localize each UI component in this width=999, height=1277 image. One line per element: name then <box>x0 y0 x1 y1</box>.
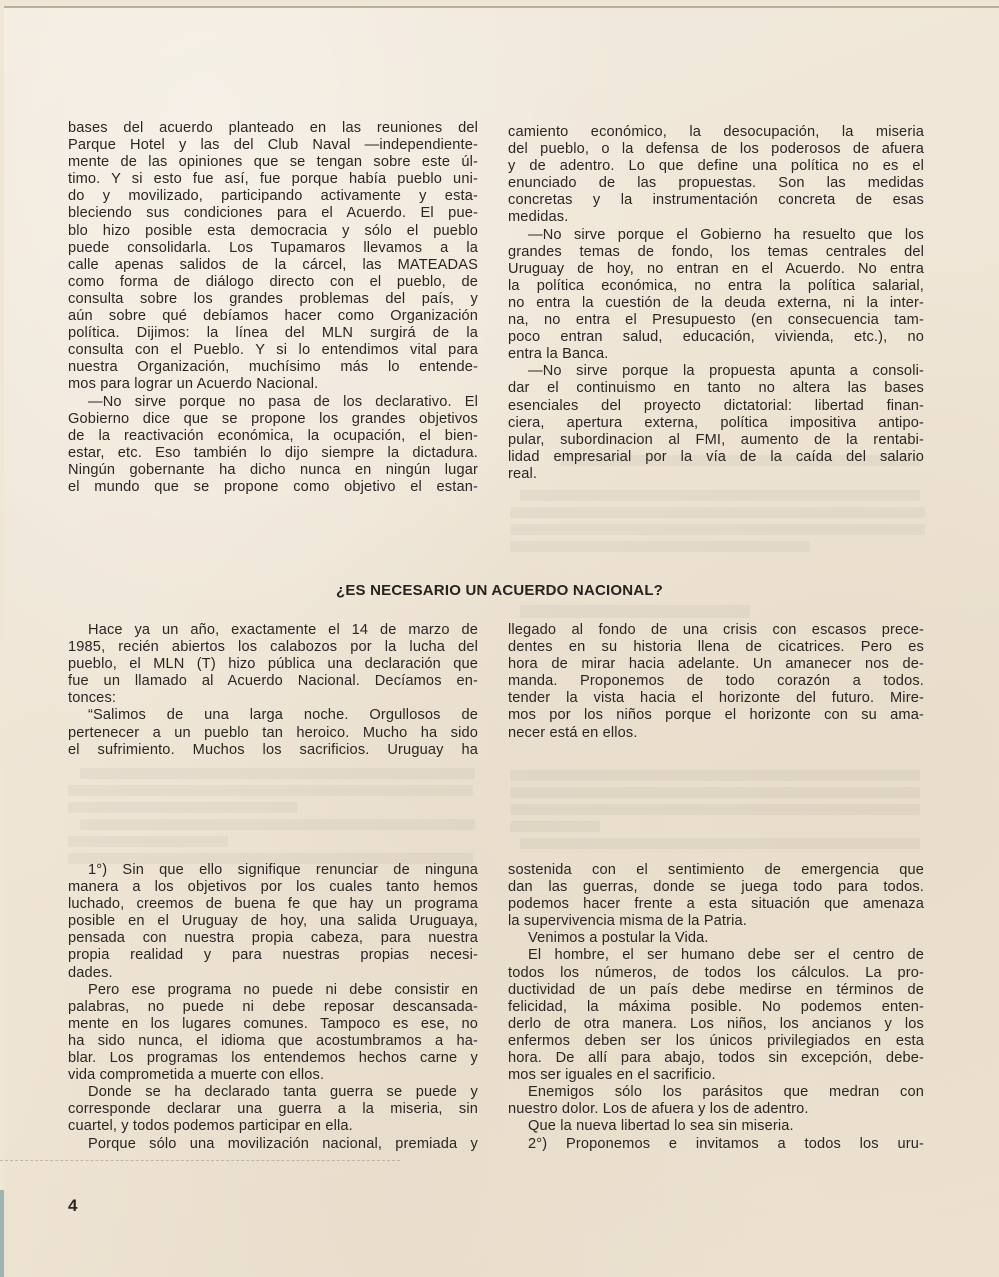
text-line: Porque sólo una movilización nacional, p… <box>68 1136 478 1153</box>
text-line: la política económica, no entra la polít… <box>508 278 924 295</box>
text-line: El hombre, el ser humano debe ser el cen… <box>508 947 924 964</box>
text-line: —No sirve porque la propuesta apunta a c… <box>508 363 924 380</box>
text-line: consulta sobre los grandes problemas del… <box>68 291 478 308</box>
text-line: do y movilizado, participando activament… <box>68 188 478 205</box>
text-line: blar. Los programas los entendemos hecho… <box>68 1050 478 1067</box>
text-line: grandes temas de fondo, los temas centra… <box>508 244 924 261</box>
text-line: podemos hacer frente a esta situación qu… <box>508 896 924 913</box>
text-line: medidas. <box>508 209 924 226</box>
text-line: como forma de diálogo directo con el pue… <box>68 274 478 291</box>
text-line: lidad empresarial por la vía de la caída… <box>508 449 924 466</box>
text-line: Gobierno dice que se propone los grandes… <box>68 411 478 428</box>
text-line: real. <box>508 466 924 483</box>
text-line: ha sido nunca, el idioma que acostumbram… <box>68 1033 478 1050</box>
show-through-mark <box>510 804 920 815</box>
text-line: del pueblo, o la defensa de los poderoso… <box>508 141 924 158</box>
text-line: mente en los lugares comunes. Tampoco es… <box>68 1016 478 1033</box>
text-line: estar, etc. Eso también lo dijo siempre … <box>68 445 478 462</box>
text-line: bases del acuerdo planteado en las reuni… <box>68 120 478 137</box>
text-line: tonces: <box>68 690 478 707</box>
text-line: mos por los niños porque el horizonte co… <box>508 707 924 724</box>
text-line: consulta con el Pueblo. Y si lo entendim… <box>68 342 478 359</box>
text-line: posible en el Uruguay de hoy, una salida… <box>68 913 478 930</box>
page-edge-strip <box>0 1190 4 1277</box>
text-line: no entra la cuestión de la deuda externa… <box>508 295 924 312</box>
show-through-mark <box>68 836 228 847</box>
show-through-mark <box>510 821 600 832</box>
text-line: 1985, recién abiertos los calabozos por … <box>68 639 478 656</box>
column-bottom-left: 1°) Sin que ello signifique renunciar de… <box>68 862 478 1153</box>
text-line: enfermos deben ser los únicos privilegia… <box>508 1033 924 1050</box>
text-line: 2°) Proponemos e invitamos a todos los u… <box>508 1136 924 1153</box>
text-line: Pero ese programa no puede ni debe consi… <box>68 982 478 999</box>
text-line: “Salimos de una larga noche. Orgullosos … <box>68 707 478 724</box>
text-line: ductividad de un país debe medirse en té… <box>508 982 924 999</box>
text-line: pueblo, el MLN (T) hizo pública una decl… <box>68 656 478 673</box>
text-line: bleciendo sus condiciones para el Acuerd… <box>68 205 478 222</box>
text-line: política. Dijimos: la línea del MLN surg… <box>68 325 478 342</box>
text-line: cuartel, y todos podemos participar en e… <box>68 1118 478 1135</box>
text-line: propia realidad y para nuestras propias … <box>68 947 478 964</box>
text-line: pular, subordinacion al FMI, aumento de … <box>508 432 924 449</box>
page-number: 4 <box>68 1196 77 1216</box>
text-line: hora. De allí para abajo, todos sin exce… <box>508 1050 924 1067</box>
text-line: y de adentro. Lo que define una política… <box>508 158 924 175</box>
text-line: palabras, no puede ni debe reposar desca… <box>68 999 478 1016</box>
text-line: camiento económico, la desocupación, la … <box>508 124 924 141</box>
text-line: mos para lograr un Acuerdo Nacional. <box>68 376 478 393</box>
text-line: 1°) Sin que ello signifique renunciar de… <box>68 862 478 879</box>
text-line: Enemigos sólo los parásitos que medran c… <box>508 1084 924 1101</box>
show-through-mark <box>68 802 298 813</box>
text-line: felicidad, la máxima posible. No podemos… <box>508 999 924 1016</box>
show-through-mark <box>510 787 920 798</box>
text-line: necer está en ellos. <box>508 725 924 742</box>
fold-crease <box>0 1160 400 1161</box>
column-top-left: bases del acuerdo planteado en las reuni… <box>68 120 478 496</box>
text-line: pensada con nuestra propia cabeza, para … <box>68 930 478 947</box>
column-mid-right: llegado al fondo de una crisis con escas… <box>508 622 924 742</box>
text-line: mente de las opiniones que se tengan sob… <box>68 154 478 171</box>
text-line: el mundo que se propone como objetivo el… <box>68 479 478 496</box>
show-through-mark <box>520 490 920 501</box>
text-line: entra la Banca. <box>508 346 924 363</box>
text-line: Uruguay de hoy, no entran en el Acuerdo.… <box>508 261 924 278</box>
text-line: enunciado de las propuestas. Son las med… <box>508 175 924 192</box>
column-mid-left: Hace ya un año, exactamente el 14 de mar… <box>68 622 478 759</box>
text-line: tender la vista hacia el horizonte del f… <box>508 690 924 707</box>
text-line: mos ser iguales en el sacrificio. <box>508 1067 924 1084</box>
text-line: Ningún gobernante ha dicho nunca en ning… <box>68 462 478 479</box>
text-line: poco entran salud, educación, vivienda, … <box>508 329 924 346</box>
text-line: vida comprometida a muerte con ellos. <box>68 1067 478 1084</box>
text-line: sostenida con el sentimiento de emergenc… <box>508 862 924 879</box>
text-line: derlo de otra manera. Los niños, los anc… <box>508 1016 924 1033</box>
text-line: manda. Proponemos de todo corazón a todo… <box>508 673 924 690</box>
text-line: esenciales del proyecto dictatorial: lib… <box>508 398 924 415</box>
show-through-mark <box>510 507 925 518</box>
text-line: dar el continuismo en tanto no altera la… <box>508 380 924 397</box>
text-line: nuestro dolor. Los de afuera y los de ad… <box>508 1101 924 1118</box>
text-line: llegado al fondo de una crisis con escas… <box>508 622 924 639</box>
text-line: corresponde declarar una guerra a la mis… <box>68 1101 478 1118</box>
text-line: —No sirve porque no pasa de los declarat… <box>68 394 478 411</box>
column-bottom-right: sostenida con el sentimiento de emergenc… <box>508 862 924 1153</box>
text-line: hora de mirar hacia adelante. Un amanece… <box>508 656 924 673</box>
show-through-mark <box>80 819 475 830</box>
text-line: timo. Y si esto fue así, fue porque habí… <box>68 171 478 188</box>
text-line: dades. <box>68 965 478 982</box>
text-line: pertenecer a un pueblo tan heroico. Much… <box>68 725 478 742</box>
show-through-mark <box>520 605 750 618</box>
text-line: nuestra Organización, muchísimo más lo e… <box>68 359 478 376</box>
text-line: Donde se ha declarado tanta guerra se pu… <box>68 1084 478 1101</box>
text-line: el sufrimiento. Muchos los sacrificios. … <box>68 742 478 759</box>
text-line: Que la nueva libertad lo sea sin miseria… <box>508 1118 924 1135</box>
show-through-mark <box>510 770 920 781</box>
text-line: Venimos a postular la Vida. <box>508 930 924 947</box>
text-line: Hace ya un año, exactamente el 14 de mar… <box>68 622 478 639</box>
text-line: na, no entra el Presupuesto (en consecue… <box>508 312 924 329</box>
text-line: —No sirve porque el Gobierno ha resuelto… <box>508 227 924 244</box>
text-line: luchado, creemos de buena fe que hay un … <box>68 896 478 913</box>
column-top-right: camiento económico, la desocupación, la … <box>508 124 924 483</box>
text-line: manera a los objetivos por los cuales ta… <box>68 879 478 896</box>
section-heading: ¿ES NECESARIO UN ACUERDO NACIONAL? <box>0 582 999 599</box>
text-line: ciera, apertura externa, política imposi… <box>508 415 924 432</box>
text-line: concretas y la instrumentación concreta … <box>508 192 924 209</box>
show-through-mark <box>68 785 473 796</box>
text-line: puede consolidarla. Los Tupamaros llevam… <box>68 240 478 257</box>
show-through-mark <box>510 524 925 535</box>
text-line: de la reactivación económica, la ocupaci… <box>68 428 478 445</box>
text-line: fue un llamado al Acuerdo Nacional. Decí… <box>68 673 478 690</box>
show-through-mark <box>520 838 920 849</box>
text-line: dan las guerras, donde se juega todo par… <box>508 879 924 896</box>
show-through-mark <box>510 541 810 552</box>
text-line: la supervivencia misma de la Patria. <box>508 913 924 930</box>
text-line: calle apenas salidos de la cárcel, las M… <box>68 257 478 274</box>
show-through-mark <box>80 768 475 779</box>
text-line: dentes en su historia llena de cicatrice… <box>508 639 924 656</box>
text-line: todos los números, de todos los cálculos… <box>508 965 924 982</box>
text-line: aún sobre qué debíamos hacer como Organi… <box>68 308 478 325</box>
text-line: blo hizo posible esta democracia y sólo … <box>68 223 478 240</box>
text-line: Parque Hotel y las del Club Naval —indep… <box>68 137 478 154</box>
